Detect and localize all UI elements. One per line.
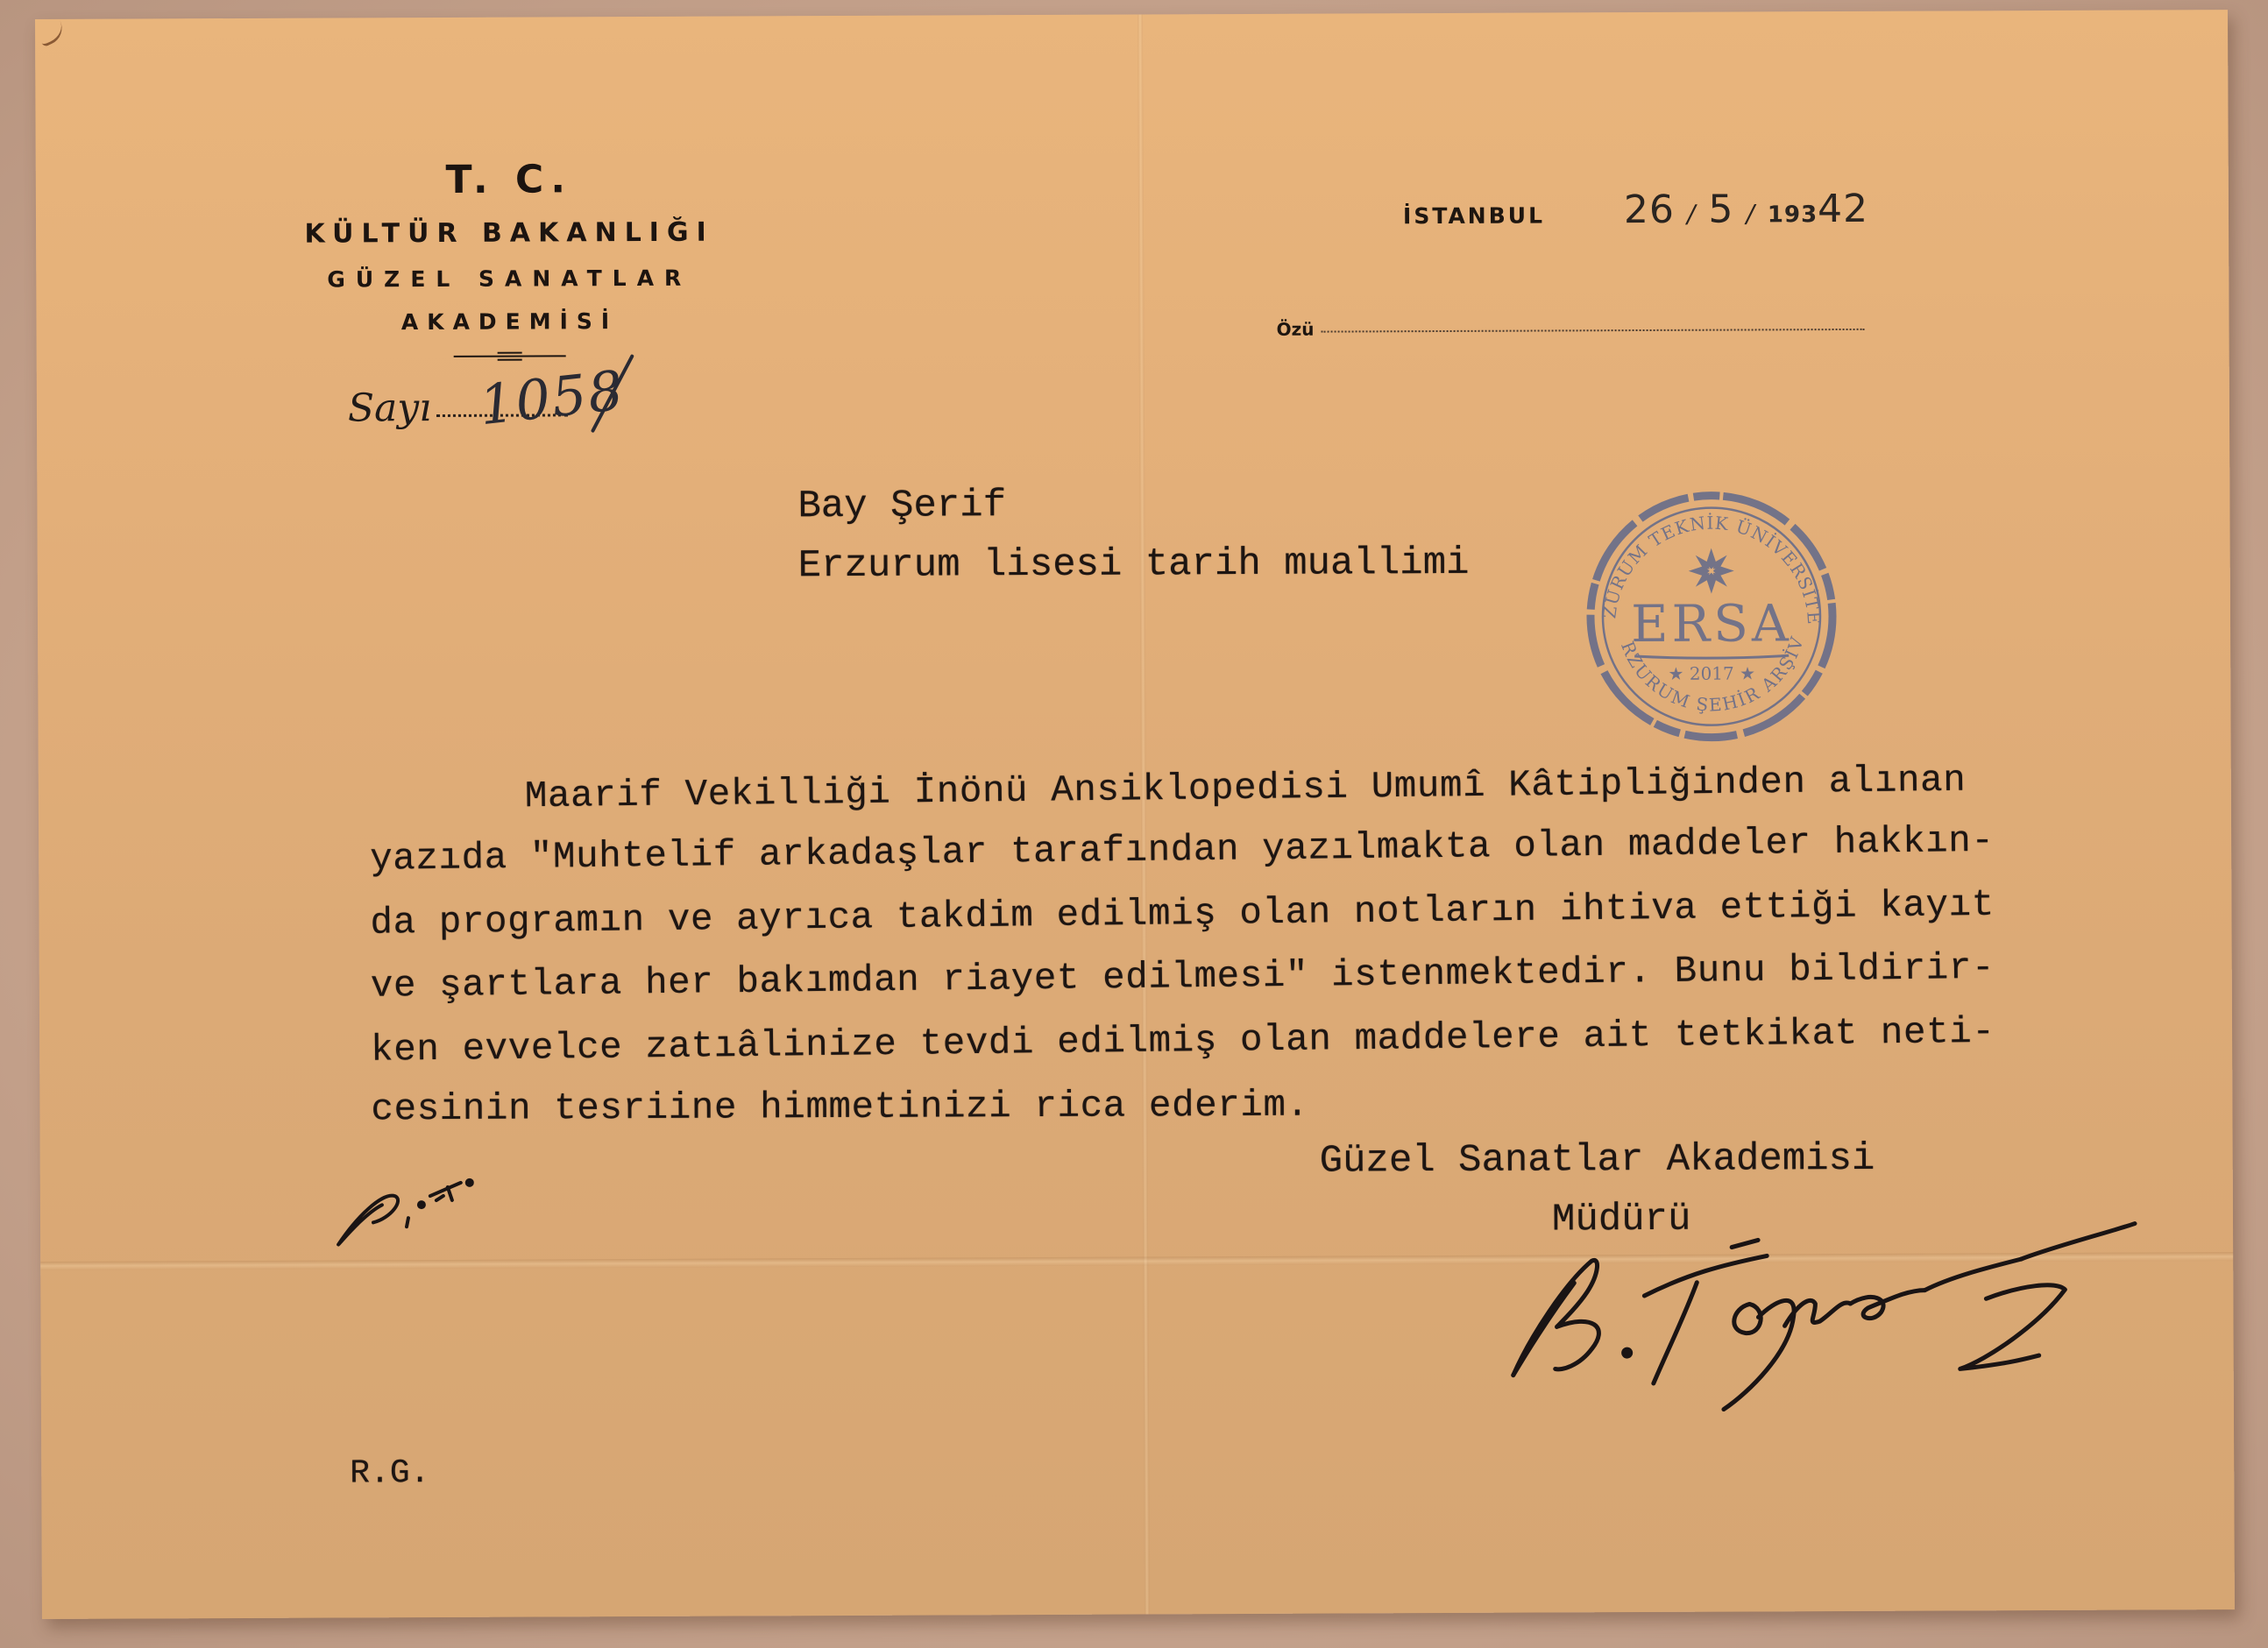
corner-tear	[36, 20, 67, 48]
typist-initials: R.G.	[350, 1454, 429, 1492]
ozu-label: Özü	[1277, 319, 1315, 340]
archive-stamp-icon: ERZURUM TEKNİK ÜNİVERSİTESİ ERZURUM ŞEHİ…	[1579, 484, 1843, 748]
date-day: 26	[1624, 187, 1675, 232]
addressee-title: Erzurum lisesi tarih muallimi	[798, 541, 1470, 588]
letterhead: T. C. KÜLTÜR BAKANLIĞI GÜZEL SANATLAR AK…	[237, 156, 782, 362]
date-year-printed: 193	[1768, 202, 1818, 228]
body-line-1: Maarif Vekilliği İnönü Ansiklopedisi Umu…	[525, 760, 1967, 818]
sayi-label: Sayı	[348, 385, 432, 430]
place-label: İSTANBUL	[1403, 202, 1545, 229]
handwritten-signature-icon	[1495, 1219, 2162, 1414]
stamp-center: ERSA	[1631, 593, 1792, 654]
date: 26/5/19342	[1624, 187, 1868, 232]
date-month: 5	[1708, 187, 1733, 232]
body-line-6: cesinin tesriine himmetinizi rica ederim…	[371, 1085, 1308, 1131]
body-line-4: ve şartlara her bakımdan riayet edilmesi…	[371, 947, 1995, 1008]
body-line-5: ken evvelce zatıâlinize tevdi edilmiş ol…	[371, 1011, 1995, 1072]
body-line-3: da programın ve ayrıca takdim edilmiş ol…	[370, 884, 1995, 944]
ozu-dotted-line	[1321, 329, 1864, 333]
stamp-year: ★ 2017 ★	[1668, 662, 1755, 683]
body-line-2: yazıda "Muhtelif arkadaşlar tarafından y…	[370, 820, 1995, 881]
signature-institution: Güzel Sanatlar Akademisi	[1320, 1137, 1875, 1184]
date-separator: /	[1746, 199, 1755, 228]
letterhead-ministry: KÜLTÜR BAKANLIĞI	[237, 216, 781, 250]
date-year-typed: 42	[1818, 187, 1868, 231]
letterhead-divider	[454, 351, 566, 361]
sayi-number: 1058	[476, 358, 627, 438]
date-separator: /	[1687, 200, 1697, 229]
reference-number: Sayı 1058	[348, 385, 569, 430]
vertical-fold	[1138, 14, 1150, 1614]
addressee-name: Bay Şerif	[797, 484, 1006, 528]
stamp-snowflake	[1689, 548, 1734, 594]
handwritten-initials-icon	[321, 1156, 478, 1254]
letterhead-tc: T. C.	[237, 156, 781, 203]
subject-line: Özü	[1277, 316, 1865, 340]
letterhead-institution-1: GÜZEL SANATLAR	[237, 265, 781, 293]
letter-paper: T. C. KÜLTÜR BAKANLIĞI GÜZEL SANATLAR AK…	[35, 10, 2235, 1619]
place-date: İSTANBUL 26/5/19342	[1403, 187, 1868, 233]
letterhead-institution-2: AKADEMİSİ	[237, 308, 781, 336]
